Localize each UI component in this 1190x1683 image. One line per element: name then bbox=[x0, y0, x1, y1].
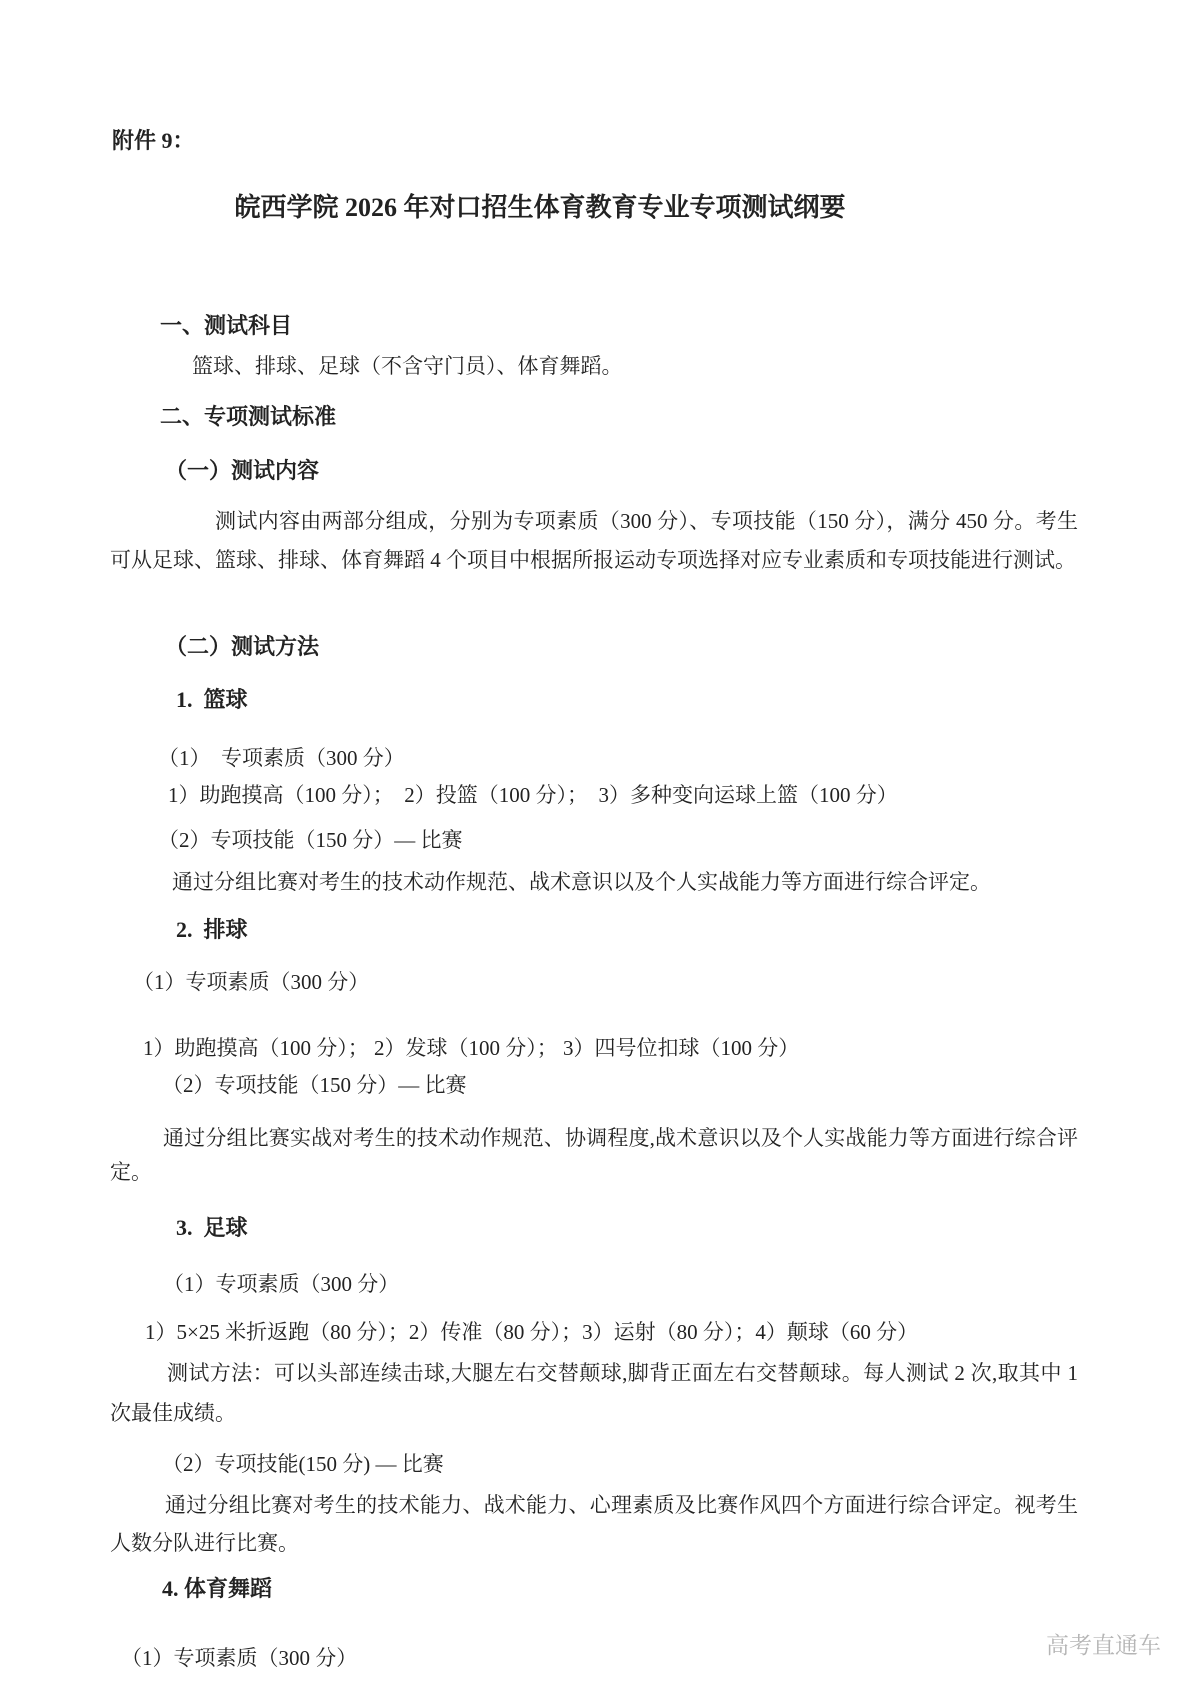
watermark: 高考直通车 bbox=[1046, 1627, 1161, 1660]
basketball-q2: （2）专项技能（150 分）— 比赛 bbox=[158, 825, 463, 855]
volleyball-q2: （2）专项技能（150 分）— 比赛 bbox=[162, 1070, 467, 1100]
basketball-eval: 通过分组比赛对考生的技术动作规范、战术意识以及个人实战能力等方面进行综合评定。 bbox=[172, 867, 991, 897]
basketball-q1-items: 1）助跑摸高（100 分）； 2）投篮（100 分）； 3）多种变向运球上篮（1… bbox=[168, 780, 898, 810]
attachment-label: 附件 9： bbox=[112, 126, 195, 156]
heading-dance: 4. 体育舞蹈 bbox=[162, 1574, 272, 1604]
heading-volleyball: 2. 排球 bbox=[176, 915, 248, 945]
heading-test-subjects: 一、测试科目 bbox=[160, 311, 292, 341]
heading-test-standards: 二、专项测试标准 bbox=[160, 402, 336, 432]
dance-q1: （1）专项素质（300 分） bbox=[121, 1643, 357, 1673]
heading-test-content: （一）测试内容 bbox=[165, 456, 319, 486]
heading-test-method: （二）测试方法 bbox=[165, 632, 319, 662]
heading-basketball: 1. 篮球 bbox=[176, 685, 248, 715]
football-eval: 通过分组比赛对考生的技术能力、战术能力、心理素质及比赛作风四个方面进行综合评定。… bbox=[110, 1486, 1078, 1562]
volleyball-eval: 通过分组比赛实战对考生的技术动作规范、协调程度,战术意识以及个人实战能力等方面进… bbox=[110, 1121, 1078, 1189]
test-content-paragraph: 测试内容由两部分组成，分别为专项素质（300 分）、专项技能（150 分），满分… bbox=[110, 502, 1078, 579]
football-method-note: 测试方法：可以头部连续击球,大腿左右交替颠球,脚背正面左右交替颠球。每人测试 2… bbox=[110, 1353, 1078, 1433]
heading-football: 3. 足球 bbox=[176, 1213, 248, 1243]
volleyball-q1: （1）专项素质（300 分） bbox=[133, 967, 369, 997]
basketball-q1: （1） 专项素质（300 分） bbox=[158, 743, 405, 773]
football-q1: （1）专项素质（300 分） bbox=[163, 1269, 399, 1299]
document-page: 附件 9： 皖西学院 2026 年对口招生体育教育专业专项测试纲要 一、测试科目… bbox=[0, 0, 1190, 1683]
test-subjects-body: 篮球、排球、足球（不含守门员）、体育舞蹈。 bbox=[192, 351, 623, 381]
football-q1-items: 1）5×25 米折返跑（80 分）；2）传准（80 分）；3）运射（80 分）；… bbox=[145, 1317, 918, 1347]
page-title: 皖西学院 2026 年对口招生体育教育专业专项测试纲要 bbox=[0, 187, 1080, 224]
football-q2: （2）专项技能(150 分) — 比赛 bbox=[162, 1449, 444, 1479]
volleyball-q1-items: 1）助跑摸高（100 分）； 2）发球（100 分）； 3）四号位扣球（100 … bbox=[143, 1033, 799, 1063]
